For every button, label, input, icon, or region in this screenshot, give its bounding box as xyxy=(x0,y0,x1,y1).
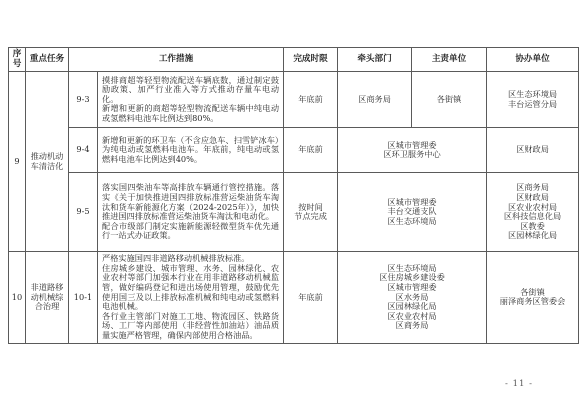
document-page: 序号 重点任务 工作措施 完成时限 牵头部门 主责单位 协办单位 9 推动机动车… xyxy=(0,0,585,413)
key-task-10: 非道路移动机械综合治理 xyxy=(26,252,69,343)
support-unit-9-4: 区财政局 xyxy=(487,128,579,173)
measure-text-9-5: 落实国四柴油车等高排放车辆通行管控措施。落实《关于加快推进国四排放标准营运柴油货… xyxy=(98,173,284,252)
support-unit-10-1: 各街镇 丽泽商务区管委会 xyxy=(487,252,579,343)
deadline-9-3: 年底前 xyxy=(284,72,338,128)
page-number: - 11 - xyxy=(505,379,533,389)
support-unit-9-5: 区商务局 区财政局 区农业农村局 区科技信息化局 区教委 区园林绿化局 xyxy=(487,173,579,252)
col-header-lead-department: 牵头部门 xyxy=(338,48,412,72)
lead-main-unit-9-5: 区城市管理委 丰台交通支队 区生态环境局 xyxy=(338,173,487,252)
main-unit-9-3: 各街镇 xyxy=(412,72,487,128)
table-row-10-1: 10 非道路移动机械综合治理 10-1 严格实施国四非道路移动机械排放标准。 住… xyxy=(9,252,579,343)
support-unit-9-3: 区生态环境局 丰台运管分局 xyxy=(487,72,579,128)
col-header-support-unit: 协办单位 xyxy=(487,48,579,72)
lead-main-unit-10-1: 区生态环境局 区住房城乡建设委 区城市管理委 区水务局 区园林绿化局 区农业农村… xyxy=(338,252,487,343)
key-task-9: 推动机动车清洁化 xyxy=(26,72,69,252)
measure-id-9-4: 9-4 xyxy=(69,128,98,173)
table-row-9-4: 9-4 新增和更新的环卫车（不含应急车、扫雪铲冰车）为纯电动或氢燃料电池车。年底… xyxy=(9,128,579,173)
deadline-9-4: 年底前 xyxy=(284,128,338,173)
deadline-10-1: 年底前 xyxy=(284,252,338,343)
deadline-9-5: 按时间 节点完成 xyxy=(284,173,338,252)
measure-id-9-5: 9-5 xyxy=(69,173,98,252)
measure-text-10-1: 严格实施国四非道路移动机械排放标准。 住房城乡建设、城市管理、水务、园林绿化、农… xyxy=(98,252,284,343)
lead-department-9-3: 区商务局 xyxy=(338,72,412,128)
table-row-9-5: 9-5 落实国四柴油车等高排放车辆通行管控措施。落实《关于加快推进国四排放标准营… xyxy=(9,173,579,252)
work-plan-table: 序号 重点任务 工作措施 完成时限 牵头部门 主责单位 协办单位 9 推动机动车… xyxy=(8,47,579,344)
measure-text-9-4: 新增和更新的环卫车（不含应急车、扫雪铲冰车）为纯电动或氢燃料电池车。年底前，纯电… xyxy=(98,128,284,173)
serial-number-9: 9 xyxy=(9,72,26,252)
table-row-9-3: 9 推动机动车清洁化 9-3 摸排商超等轻型物流配送车辆底数，通过制定鼓励政策、… xyxy=(9,72,579,128)
col-header-work-measures: 工作措施 xyxy=(69,48,284,72)
col-header-key-task: 重点任务 xyxy=(26,48,69,72)
header-row: 序号 重点任务 工作措施 完成时限 牵头部门 主责单位 协办单位 xyxy=(9,48,579,72)
col-header-main-unit: 主责单位 xyxy=(412,48,487,72)
col-header-serial: 序号 xyxy=(9,48,26,72)
lead-main-unit-9-4: 区城市管理委 区环卫服务中心 xyxy=(338,128,487,173)
col-header-deadline: 完成时限 xyxy=(284,48,338,72)
measure-text-9-3: 摸排商超等轻型物流配送车辆底数，通过制定鼓励政策、加严行业准入等方式推动存量车电… xyxy=(98,72,284,128)
measure-id-10-1: 10-1 xyxy=(69,252,98,343)
measure-id-9-3: 9-3 xyxy=(69,72,98,128)
serial-number-10: 10 xyxy=(9,252,26,343)
